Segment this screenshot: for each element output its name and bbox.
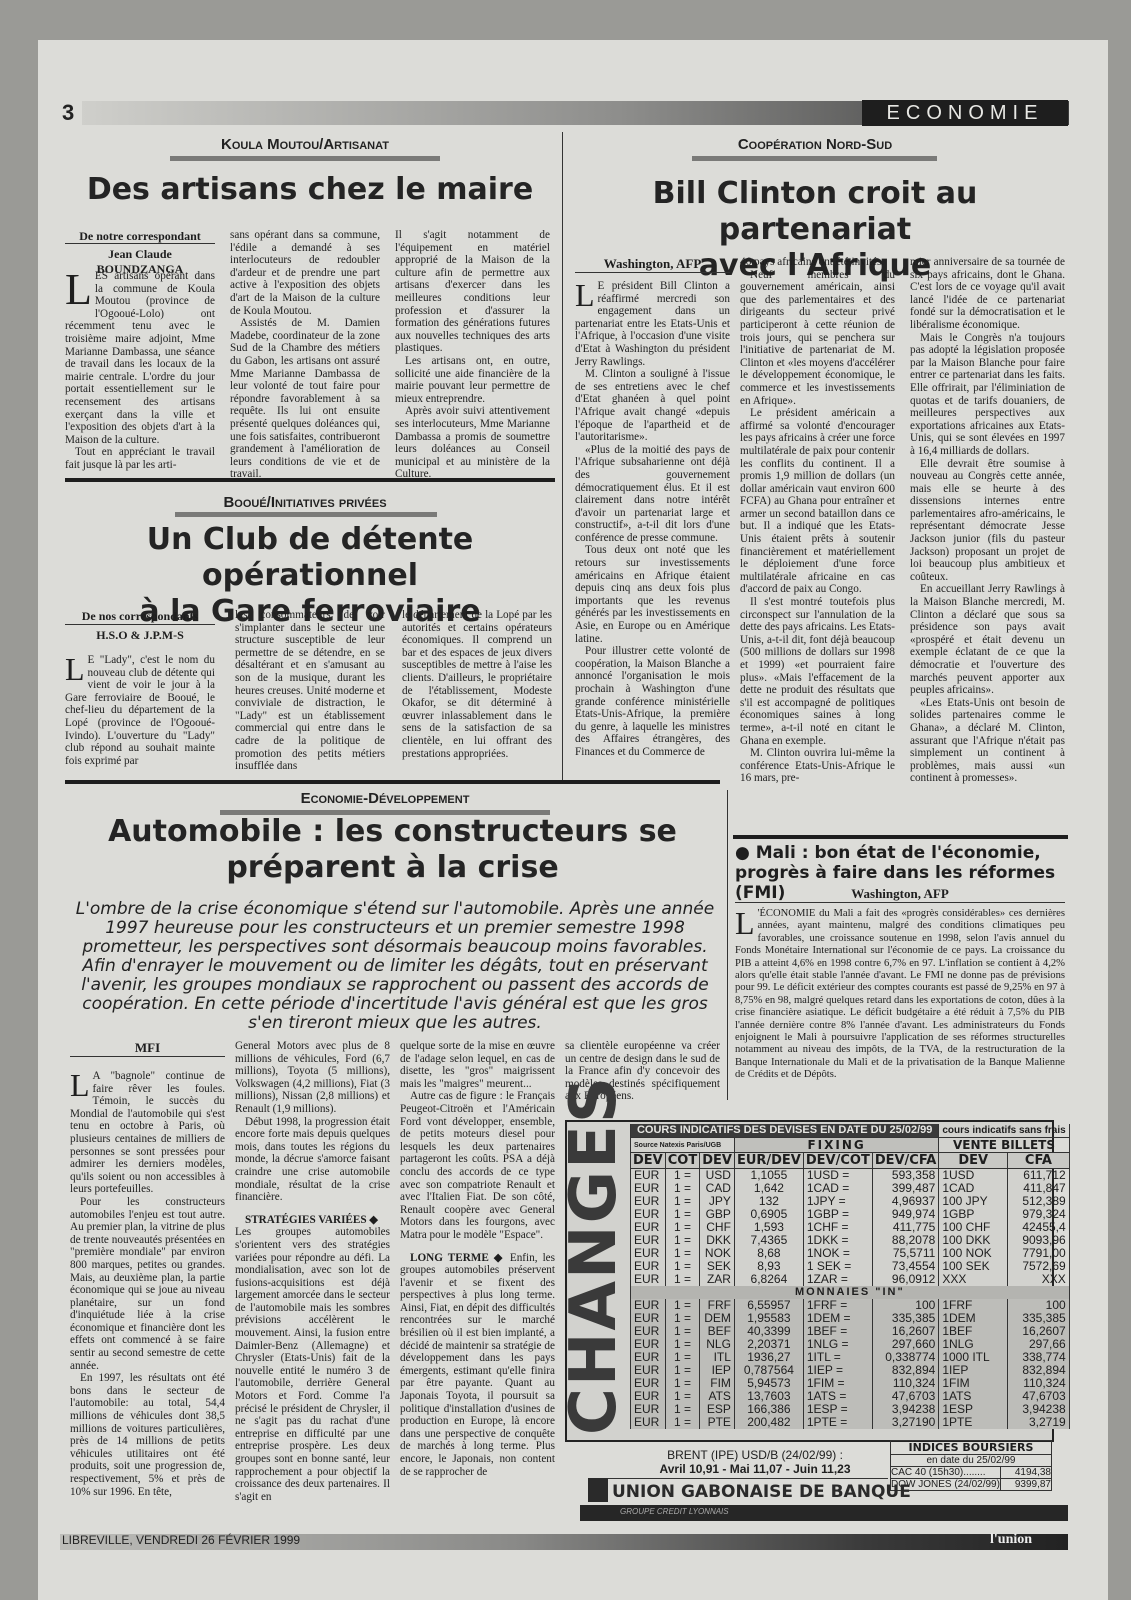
rates-column-headers: DEVCOTDEVEUR/DEVDEV/COTDEV/CFADEVCFA bbox=[631, 1153, 1070, 1169]
article4-byline: MFI bbox=[70, 1040, 225, 1056]
bullet-icon: ● bbox=[735, 843, 756, 863]
article4-col3: quelque sorte de la mise en œuvre de l'a… bbox=[400, 1040, 555, 1478]
divider bbox=[65, 243, 215, 244]
kicker-underline bbox=[175, 512, 437, 517]
drop-cap: L bbox=[65, 656, 85, 682]
rate-row: EUR1 =ZAR6,82641ZAR =96,0912XXXXXX bbox=[631, 1273, 1070, 1286]
rates-header: COURS INDICATIFS DES DEVISES EN DATE DU … bbox=[631, 1124, 939, 1138]
section-divider bbox=[733, 835, 1068, 839]
kicker-underline bbox=[692, 156, 937, 161]
article3-byline: Washington, AFP bbox=[575, 256, 730, 272]
article3-col1: LE président Bill Clinton a réaffirmé me… bbox=[575, 280, 730, 759]
article2-col2: les consommateurs de voir s'implanter da… bbox=[235, 609, 385, 773]
divider bbox=[70, 1056, 225, 1057]
section-divider bbox=[65, 780, 720, 784]
drop-cap: L bbox=[65, 272, 92, 308]
section-divider bbox=[65, 478, 555, 482]
rate-row: EUR1 =NLG2,203711NLG =297,6601NLG297,66 bbox=[631, 1338, 1070, 1351]
bank-name: UNION GABONAISE DE BANQUE bbox=[612, 1482, 911, 1502]
masthead-logo: l'union bbox=[990, 1532, 1032, 1548]
article4-lead: L'ombre de la crise économique s'étend s… bbox=[65, 900, 725, 1033]
divider bbox=[588, 1478, 888, 1479]
dateline: LIBREVILLE, VENDREDI 26 FÉVRIER 1999 bbox=[62, 1533, 300, 1547]
rate-row: EUR1 =DEM1,955831DEM =335,3851DEM335,385 bbox=[631, 1312, 1070, 1325]
brent-prices: BRENT (IPE) USD/B (24/02/99) :Avril 10,9… bbox=[630, 1448, 880, 1476]
kicker-underline bbox=[170, 156, 440, 161]
exchange-rates-table: COURS INDICATIFS DES DEVISES EN DATE DU … bbox=[630, 1124, 1070, 1429]
rate-row: EUR1 =IEP0,7875641IEP =832,8941IEP832,89… bbox=[631, 1364, 1070, 1377]
article3-kicker: Coopération Nord-Sud bbox=[690, 136, 940, 153]
vente-header: VENTE BILLETS bbox=[939, 1138, 1069, 1153]
rate-row: EUR1 =GBP0,69051GBP =949,9741GBP979,324 bbox=[631, 1208, 1070, 1221]
article4-col1: LA "bagnole" continue de faire rêver les… bbox=[70, 1070, 225, 1498]
divider bbox=[65, 624, 215, 625]
article4-kicker: Economie-Développement bbox=[240, 790, 530, 807]
bank-logo-icon bbox=[588, 1478, 608, 1502]
article2-byline-label: De nos correspondants bbox=[65, 609, 215, 624]
rate-row: EUR1 =CHF1,5931CHF =411,775100 CHF42455,… bbox=[631, 1221, 1070, 1234]
section-label: ECONOMIE bbox=[862, 100, 1068, 126]
rate-row: EUR1 =FIM5,945731FIM =110,3241FIM110,324 bbox=[631, 1377, 1070, 1390]
article3-col3: mier anniversaire de sa tournée de six p… bbox=[910, 256, 1065, 785]
article1-col1: LES artisans opérant dans la commune de … bbox=[65, 270, 215, 472]
column-divider bbox=[562, 132, 563, 782]
drop-cap: L bbox=[575, 282, 595, 308]
article2-kicker: Booué/Initiatives privées bbox=[180, 494, 430, 511]
article1-col2: sans opérant dans sa commune, l'édile a … bbox=[230, 229, 380, 481]
rate-row: EUR1 =CAD1,6421CAD =399,4871CAD411,847 bbox=[631, 1182, 1070, 1195]
rates-header-right: cours indicatifs sans frais bbox=[939, 1124, 1069, 1138]
article4-col2: General Motors avec plus de 8 millions d… bbox=[235, 1040, 390, 1503]
subhead-long-terme: LONG TERME ◆ bbox=[410, 1252, 505, 1264]
article5-body: L'ÉCONOMIE du Mali a fait des «progrès c… bbox=[735, 908, 1065, 1082]
rate-row: EUR1 =ESP166,3861ESP =3,942381ESP3,94238 bbox=[631, 1403, 1070, 1416]
rate-row: EUR1 =SEK8,931 SEK =73,4554100 SEK7572,6… bbox=[631, 1260, 1070, 1273]
drop-cap: L bbox=[70, 1072, 90, 1098]
article2-col1: LE "Lady", c'est le nom du nouveau club … bbox=[65, 654, 215, 767]
article2-col3: le département de la Lopé par les autori… bbox=[402, 609, 552, 760]
rate-row: EUR1 =ITL1936,271ITL =0,3387741000 ITL33… bbox=[631, 1351, 1070, 1364]
exchange-rates-table-wrap: COURS INDICATIFS DES DEVISES EN DATE DU … bbox=[630, 1124, 1050, 1429]
rate-row: EUR1 =PTE200,4821PTE =3,271901PTE3,2719 bbox=[631, 1416, 1070, 1429]
bank-group: GROUPE CREDIT LYONNAIS bbox=[620, 1507, 729, 1516]
rates-source: Source Natexis Paris/UGB bbox=[631, 1138, 735, 1153]
rate-row: EUR1 =JPY1321JPY =4,96937100 JPY512,389 bbox=[631, 1195, 1070, 1208]
article3-col2: 46 pays africains ont été invités.Neuf m… bbox=[740, 256, 895, 785]
monnaies-in-header: MONNAIES "IN" bbox=[631, 1286, 1070, 1299]
fixing-header: FIXING bbox=[734, 1138, 938, 1153]
changes-vertical-title: CHANGES bbox=[568, 1125, 620, 1435]
article1-byline-label: De notre correspondant bbox=[65, 229, 215, 244]
article4-headline: Automobile : les constructeurs seprépare… bbox=[65, 814, 720, 886]
article1-kicker: Koula Moutou/Artisanat bbox=[180, 136, 430, 153]
rate-row: EUR1 =ATS13,76031ATS =47,67031ATS47,6703 bbox=[631, 1390, 1070, 1403]
rate-row: EUR1 =USD1,10551USD =593,3581USD611,712 bbox=[631, 1169, 1070, 1183]
divider bbox=[735, 902, 1065, 903]
article5-byline: Washington, AFP bbox=[735, 886, 1065, 902]
article1-headline: Des artisans chez le maire bbox=[70, 172, 550, 208]
column-divider bbox=[727, 790, 728, 1100]
divider bbox=[575, 272, 730, 273]
stock-indices: INDICES BOURSIERS en date du 25/02/99 CA… bbox=[890, 1440, 1052, 1491]
rate-row: EUR1 =BEF40,33991BEF =16,26071BEF16,2607 bbox=[631, 1325, 1070, 1338]
subhead-strategies: STRATÉGIES VARIÉES ◆ bbox=[235, 1214, 390, 1227]
article1-col3: Il s'agit notamment de l'équipement en m… bbox=[395, 229, 550, 481]
article2-authors: H.S.O & J.P.M-S bbox=[65, 628, 215, 643]
page-number: 3 bbox=[62, 100, 74, 126]
drop-cap: L bbox=[735, 910, 755, 936]
